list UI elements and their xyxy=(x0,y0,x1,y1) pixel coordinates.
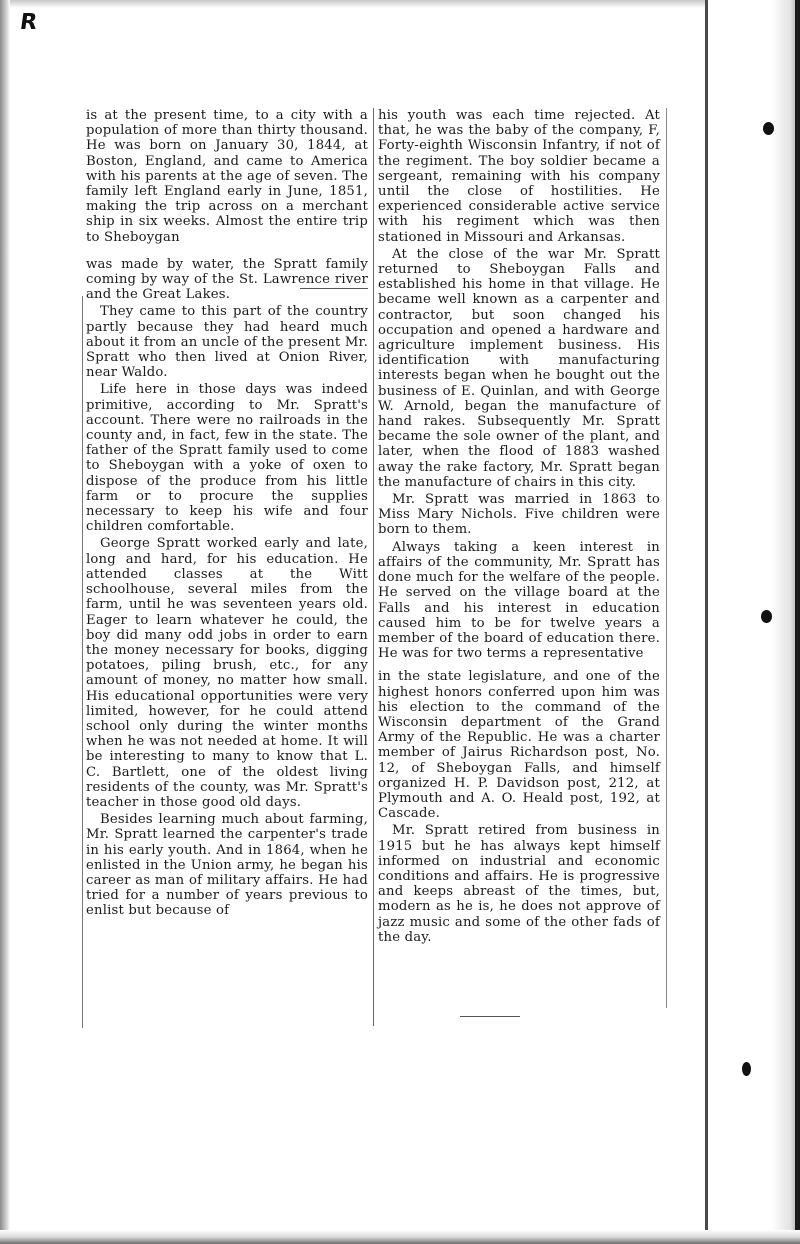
article-paragraph: in the state legislature, and one of the… xyxy=(378,669,660,821)
article-paragraph: Always taking a keen interest in affairs… xyxy=(378,540,660,662)
page-fold-line xyxy=(705,0,708,1244)
column-divider xyxy=(373,108,374,1026)
article-paragraph: They came to this part of the country pa… xyxy=(86,304,368,380)
article-right-column: his youth was each time rejected. At tha… xyxy=(378,108,660,947)
scan-right-edge xyxy=(795,0,800,1244)
scan-left-edge xyxy=(0,0,10,1244)
scan-bottom-edge xyxy=(0,1230,800,1244)
clipping-left-border xyxy=(82,296,83,1028)
binding-strip xyxy=(706,0,800,1244)
article-paragraph: was made by water, the Spratt family com… xyxy=(86,257,368,303)
article-paragraph: At the close of the war Mr. Spratt retur… xyxy=(378,247,660,490)
article-paragraph: Besides learning much about farming, Mr.… xyxy=(86,812,368,918)
punch-hole-icon xyxy=(761,610,772,623)
article-paragraph: Mr. Spratt retired from business in 1915… xyxy=(378,823,660,945)
clipping-right-border xyxy=(666,108,667,1008)
clipping-cut-rule xyxy=(460,1016,520,1017)
punch-hole-icon xyxy=(763,122,774,135)
scan-top-edge xyxy=(0,0,800,8)
article-paragraph: is at the present time, to a city with a… xyxy=(86,108,368,245)
article-paragraph: Life here in those days was indeed primi… xyxy=(86,382,368,534)
article-paragraph: Mr. Spratt was married in 1863 to Miss M… xyxy=(378,492,660,538)
article-paragraph: his youth was each time rejected. At tha… xyxy=(378,108,660,245)
article-left-column: is at the present time, to a city with a… xyxy=(86,108,368,921)
handwritten-page-mark: R xyxy=(18,10,38,35)
punch-hole-icon xyxy=(742,1062,751,1076)
article-paragraph: George Spratt worked early and late, lon… xyxy=(86,536,368,810)
